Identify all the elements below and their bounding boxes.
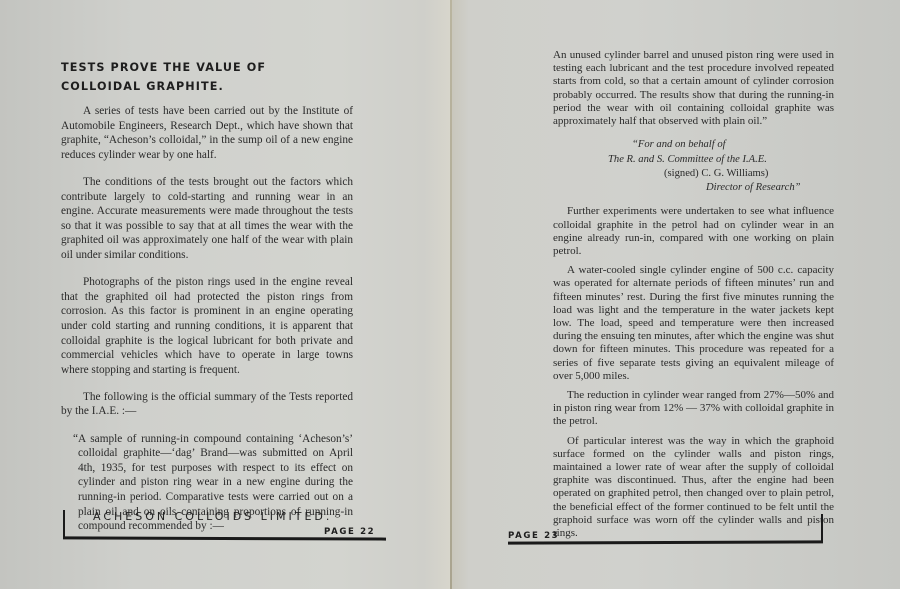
paragraph: Further experiments were undertaken to s… xyxy=(553,205,834,258)
company-name: ACHESON COLLOIDS LIMITED. xyxy=(93,510,332,523)
signature-line: Director of Research” xyxy=(553,181,834,195)
signature-block: “For and on behalf of The R. and S. Comm… xyxy=(553,138,834,195)
signature-line: “For and on behalf of xyxy=(553,138,834,152)
paragraph: The reduction in cylinder wear ranged fr… xyxy=(553,389,834,429)
paragraph: The conditions of the tests brought out … xyxy=(61,175,353,263)
book-gutter xyxy=(450,0,452,589)
paragraph: A series of tests have been carried out … xyxy=(61,104,353,162)
quote-continued: An unused cylinder barrel and unused pis… xyxy=(553,49,834,128)
page-number-22: PAGE 22 xyxy=(324,527,375,537)
paragraph: The following is the official summary of… xyxy=(61,390,353,419)
page-border-rule xyxy=(821,514,823,542)
page-number-23: PAGE 23 xyxy=(508,531,559,541)
article-heading: TESTS PROVE THE VALUE OF COLLOIDAL GRAPH… xyxy=(61,58,341,96)
paragraph: Of particular interest was the way in wh… xyxy=(553,435,834,541)
left-column-text: A series of tests have been carried out … xyxy=(61,104,353,534)
signature-line: (signed) C. G. Williams) xyxy=(553,167,834,181)
page-border-rule xyxy=(63,510,65,539)
signature-line: The R. and S. Committee of the I.A.E. xyxy=(553,153,834,167)
booklet-spread: TESTS PROVE THE VALUE OF COLLOIDAL GRAPH… xyxy=(0,0,900,589)
paragraph: A water-cooled single cylinder engine of… xyxy=(553,264,834,383)
right-column-text: An unused cylinder barrel and unused pis… xyxy=(553,49,834,546)
paragraph: Photographs of the piston rings used in … xyxy=(61,275,353,377)
